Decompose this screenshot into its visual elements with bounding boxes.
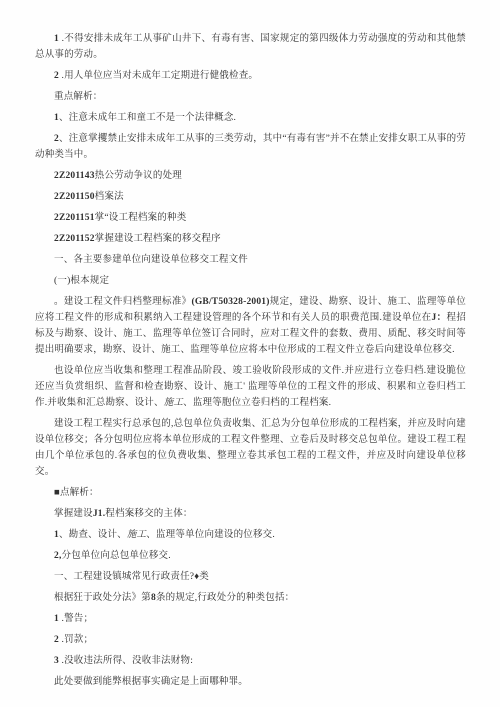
text: (一)根本规定 xyxy=(54,276,109,286)
paragraph: 根据狂于政处分法》第8条的规定,行政处分的种类包括： xyxy=(35,590,466,606)
paragraph: 2,分包单位向总包单位移交. xyxy=(35,548,466,564)
text: ■点解析： xyxy=(54,488,99,498)
text: 程档案移交的主体： xyxy=(105,509,192,519)
paragraph: 重点解析： xyxy=(35,89,466,105)
text: 热公劳动争议的处理 xyxy=(95,171,182,181)
paragraph: 2Z201152掌握建设工程档案的移交程序 xyxy=(35,231,466,247)
paragraph: 一、工程建设镇城常见行政责任?♦类 xyxy=(35,569,466,585)
text: .不得安排未成年工从事矿山井下、有毒有害、国家规定的第四级体力劳动强度的劳动和其… xyxy=(35,34,466,60)
paragraph: 2 .罚款； xyxy=(35,632,466,648)
text: 建设工程工程实行总承包的,总包单位负责收集、汇总为分包单位形成的工程档案，并应及… xyxy=(35,419,466,477)
text: 一、工程建设镇城常见行政责任?♦类 xyxy=(54,572,209,582)
bold-text: J： xyxy=(432,313,447,323)
paragraph: 2Z201150档案法 xyxy=(35,189,466,205)
text: .警告； xyxy=(59,614,93,624)
paragraph: 2Z201151掌“设工程档案的种类 xyxy=(35,210,466,226)
text: 、注意未成年工和童工不是一个法律概念. xyxy=(59,113,236,123)
paragraph: 1 .警告； xyxy=(35,611,466,627)
bold-text: 2, xyxy=(54,551,62,561)
bold-text: 2Z201152 xyxy=(54,234,95,244)
text: 条的规定,行政处分的种类包括： xyxy=(156,593,294,603)
document-page: 1 .不得安排未成年工从事矿山井下、有毒有害、国家规定的第四级体力劳动强度的劳动… xyxy=(0,0,500,707)
paragraph: 也设单位应当收集和整理工程准品阶段、竣工验收阶段形成的文件.并应进行立卷归档.建… xyxy=(35,363,466,411)
bold-text: 2Z201150 xyxy=(54,192,95,202)
paragraph: ■点解析： xyxy=(35,485,466,501)
paragraph: 建设工程工程实行总承包的,总包单位负责收集、汇总为分包单位形成的工程档案，并应及… xyxy=(35,416,466,480)
bold-text: J1. xyxy=(93,509,105,519)
text: 、监理等胞位立卷归档的工程档案. xyxy=(183,398,331,408)
bold-text: (GB/T50328-2001) xyxy=(191,297,269,307)
paragraph: 2、注意掌攫禁止安排未成年工从事的三类劳动，其中“有毒有害”并不在禁止安排女职工… xyxy=(35,131,466,163)
paragraph: 掌握建设J1.程档案移交的主体： xyxy=(35,506,466,522)
text: 。建设工程文件归档整理标准》 xyxy=(54,297,191,307)
text: 、注意掌攫禁止安排未成年工从事的三类劳动，其中“有毒有害”并不在禁止安排女职工从… xyxy=(35,134,466,160)
paragraph: 1、勘查、设计、施工、监理等单位向建设的位移交. xyxy=(35,527,466,543)
text: 掌握建设工程档案的移交程序 xyxy=(95,234,221,244)
text: 一、各主要参建单位向建设单位移交工程文件 xyxy=(54,255,248,265)
paragraph: 此处要做到能弊根据事实确定是上面哪种罪。 xyxy=(35,674,466,690)
paragraph: 3 .没收违法所得、没收非法财物: xyxy=(35,653,466,669)
text: .用人单位应当对未成年工定期进行健俄检查。 xyxy=(59,71,258,81)
document-body: 1 .不得安排未成年工从事矿山井下、有毒有害、国家规定的第四级体力劳动强度的劳动… xyxy=(35,31,466,690)
paragraph: 2Z201143热公劳动争议的处理 xyxy=(35,168,466,184)
text: 根据狂于政处分法》第 xyxy=(54,593,151,603)
bold-text: 2Z201151 xyxy=(54,213,95,223)
paragraph: 一、各主要参建单位向建设单位移交工程文件 xyxy=(35,252,466,268)
paragraph: 1、注意未成年工和童工不是一个法律概念. xyxy=(35,110,466,126)
text: 、监理等单位向建设的位移交. xyxy=(146,530,275,540)
text: 档案法 xyxy=(95,192,124,202)
bold-text: 2Z201143 xyxy=(54,171,95,181)
paragraph: (一)根本规定 xyxy=(35,273,466,289)
text: 此处要做到能弊根据事实确定是上面哪种罪。 xyxy=(54,677,248,687)
paragraph: 。建设工程文件归档整理标准》(GB/T50328-2001)规定，建设、勘察、设… xyxy=(35,294,466,358)
italic-text: 施工 xyxy=(164,398,183,408)
text: 重点解析： xyxy=(54,92,103,102)
text: 掌“设工程档案的种类 xyxy=(95,213,187,223)
italic-text: 施工 xyxy=(127,530,146,540)
text: .没收违法所得、没收非法财物: xyxy=(59,656,193,666)
paragraph: 1 .不得安排未成年工从事矿山井下、有毒有害、国家规定的第四级体力劳动强度的劳动… xyxy=(35,31,466,63)
text: 分包单位向总包单位移交. xyxy=(62,551,171,561)
text: 、勘查、设计、 xyxy=(59,530,127,540)
text: 掌握建设 xyxy=(54,509,93,519)
paragraph: 2 .用人单位应当对未成年工定期进行健俄检查。 xyxy=(35,68,466,84)
text: .罚款； xyxy=(59,635,93,645)
